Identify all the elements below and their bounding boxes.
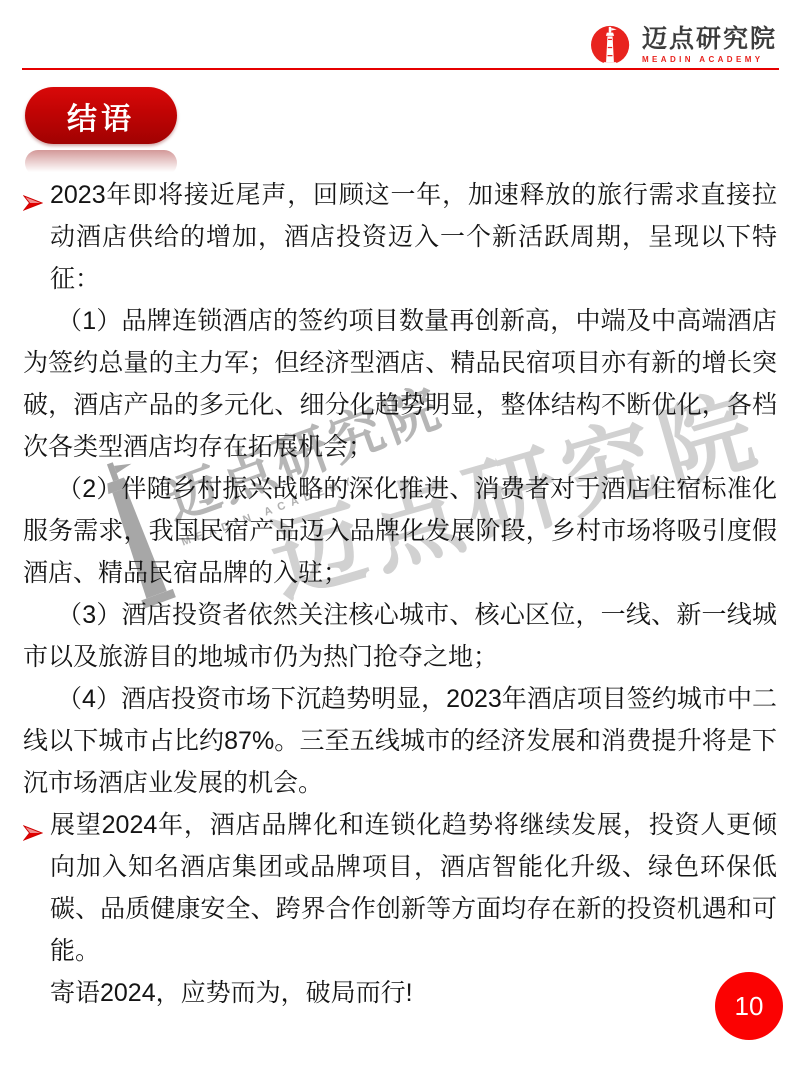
header-divider (22, 68, 779, 70)
bullet-paragraph: 2023年即将接近尾声，回顾这一年，加速释放的旅行需求直接拉动酒店供给的增加，酒… (23, 174, 777, 300)
meadin-logo-icon (589, 24, 635, 66)
numbered-paragraph: （1）品牌连锁酒店的签约项目数量再创新高，中端及中高端酒店为签约总量的主力军；但… (23, 300, 777, 468)
header-logo: 迈点研究院 MEADIN ACADEMY (589, 24, 777, 66)
bullet-arrow-icon (23, 184, 43, 204)
page-number-badge: 10 (715, 972, 783, 1040)
paragraph-text: （4）酒店投资市场下沉趋势明显，2023年酒店项目签约城市中二线以下城市占比约8… (23, 685, 777, 797)
section-badge-wrap: 结语 (25, 87, 177, 176)
brand-name: 迈点研究院 (642, 26, 777, 53)
paragraph-text: （2）伴随乡村振兴战略的深化推进、消费者对于酒店住宿标准化服务需求，我国民宿产品… (23, 475, 777, 587)
numbered-paragraph: （2）伴随乡村振兴战略的深化推进、消费者对于酒店住宿标准化服务需求，我国民宿产品… (23, 468, 777, 594)
numbered-paragraph: （4）酒店投资市场下沉趋势明显，2023年酒店项目签约城市中二线以下城市占比约8… (23, 678, 777, 804)
paragraph-text: （1）品牌连锁酒店的签约项目数量再创新高，中端及中高端酒店为签约总量的主力军；但… (23, 307, 777, 461)
bullet-arrow-icon (23, 814, 43, 834)
bullet-paragraph: 展望2024年，酒店品牌化和连锁化趋势将继续发展，投资人更倾向加入知名酒店集团或… (23, 804, 777, 972)
closing-paragraph: 寄语2024，应势而为，破局而行! (50, 972, 777, 1014)
paragraph-text: （3）酒店投资者依然关注核心城市、核心区位，一线、新一线城市以及旅游目的地城市仍… (23, 601, 777, 671)
section-badge: 结语 (25, 87, 177, 144)
report-page: 迈点研究院 MEADIN ACADEMY 迈点研究院 MEADIN ACADEM… (0, 0, 800, 1066)
body-text: 2023年即将接近尾声，回顾这一年，加速释放的旅行需求直接拉动酒店供给的增加，酒… (23, 174, 777, 1014)
paragraph-text: 展望2024年，酒店品牌化和连锁化趋势将继续发展，投资人更倾向加入知名酒店集团或… (50, 811, 777, 965)
paragraph-text: 寄语2024，应势而为，破局而行! (50, 979, 413, 1007)
brand-subtitle: MEADIN ACADEMY (642, 55, 764, 64)
numbered-paragraph: （3）酒店投资者依然关注核心城市、核心区位，一线、新一线城市以及旅游目的地城市仍… (23, 594, 777, 678)
paragraph-text: 2023年即将接近尾声，回顾这一年，加速释放的旅行需求直接拉动酒店供给的增加，酒… (50, 181, 777, 293)
section-badge-reflection (25, 150, 177, 176)
